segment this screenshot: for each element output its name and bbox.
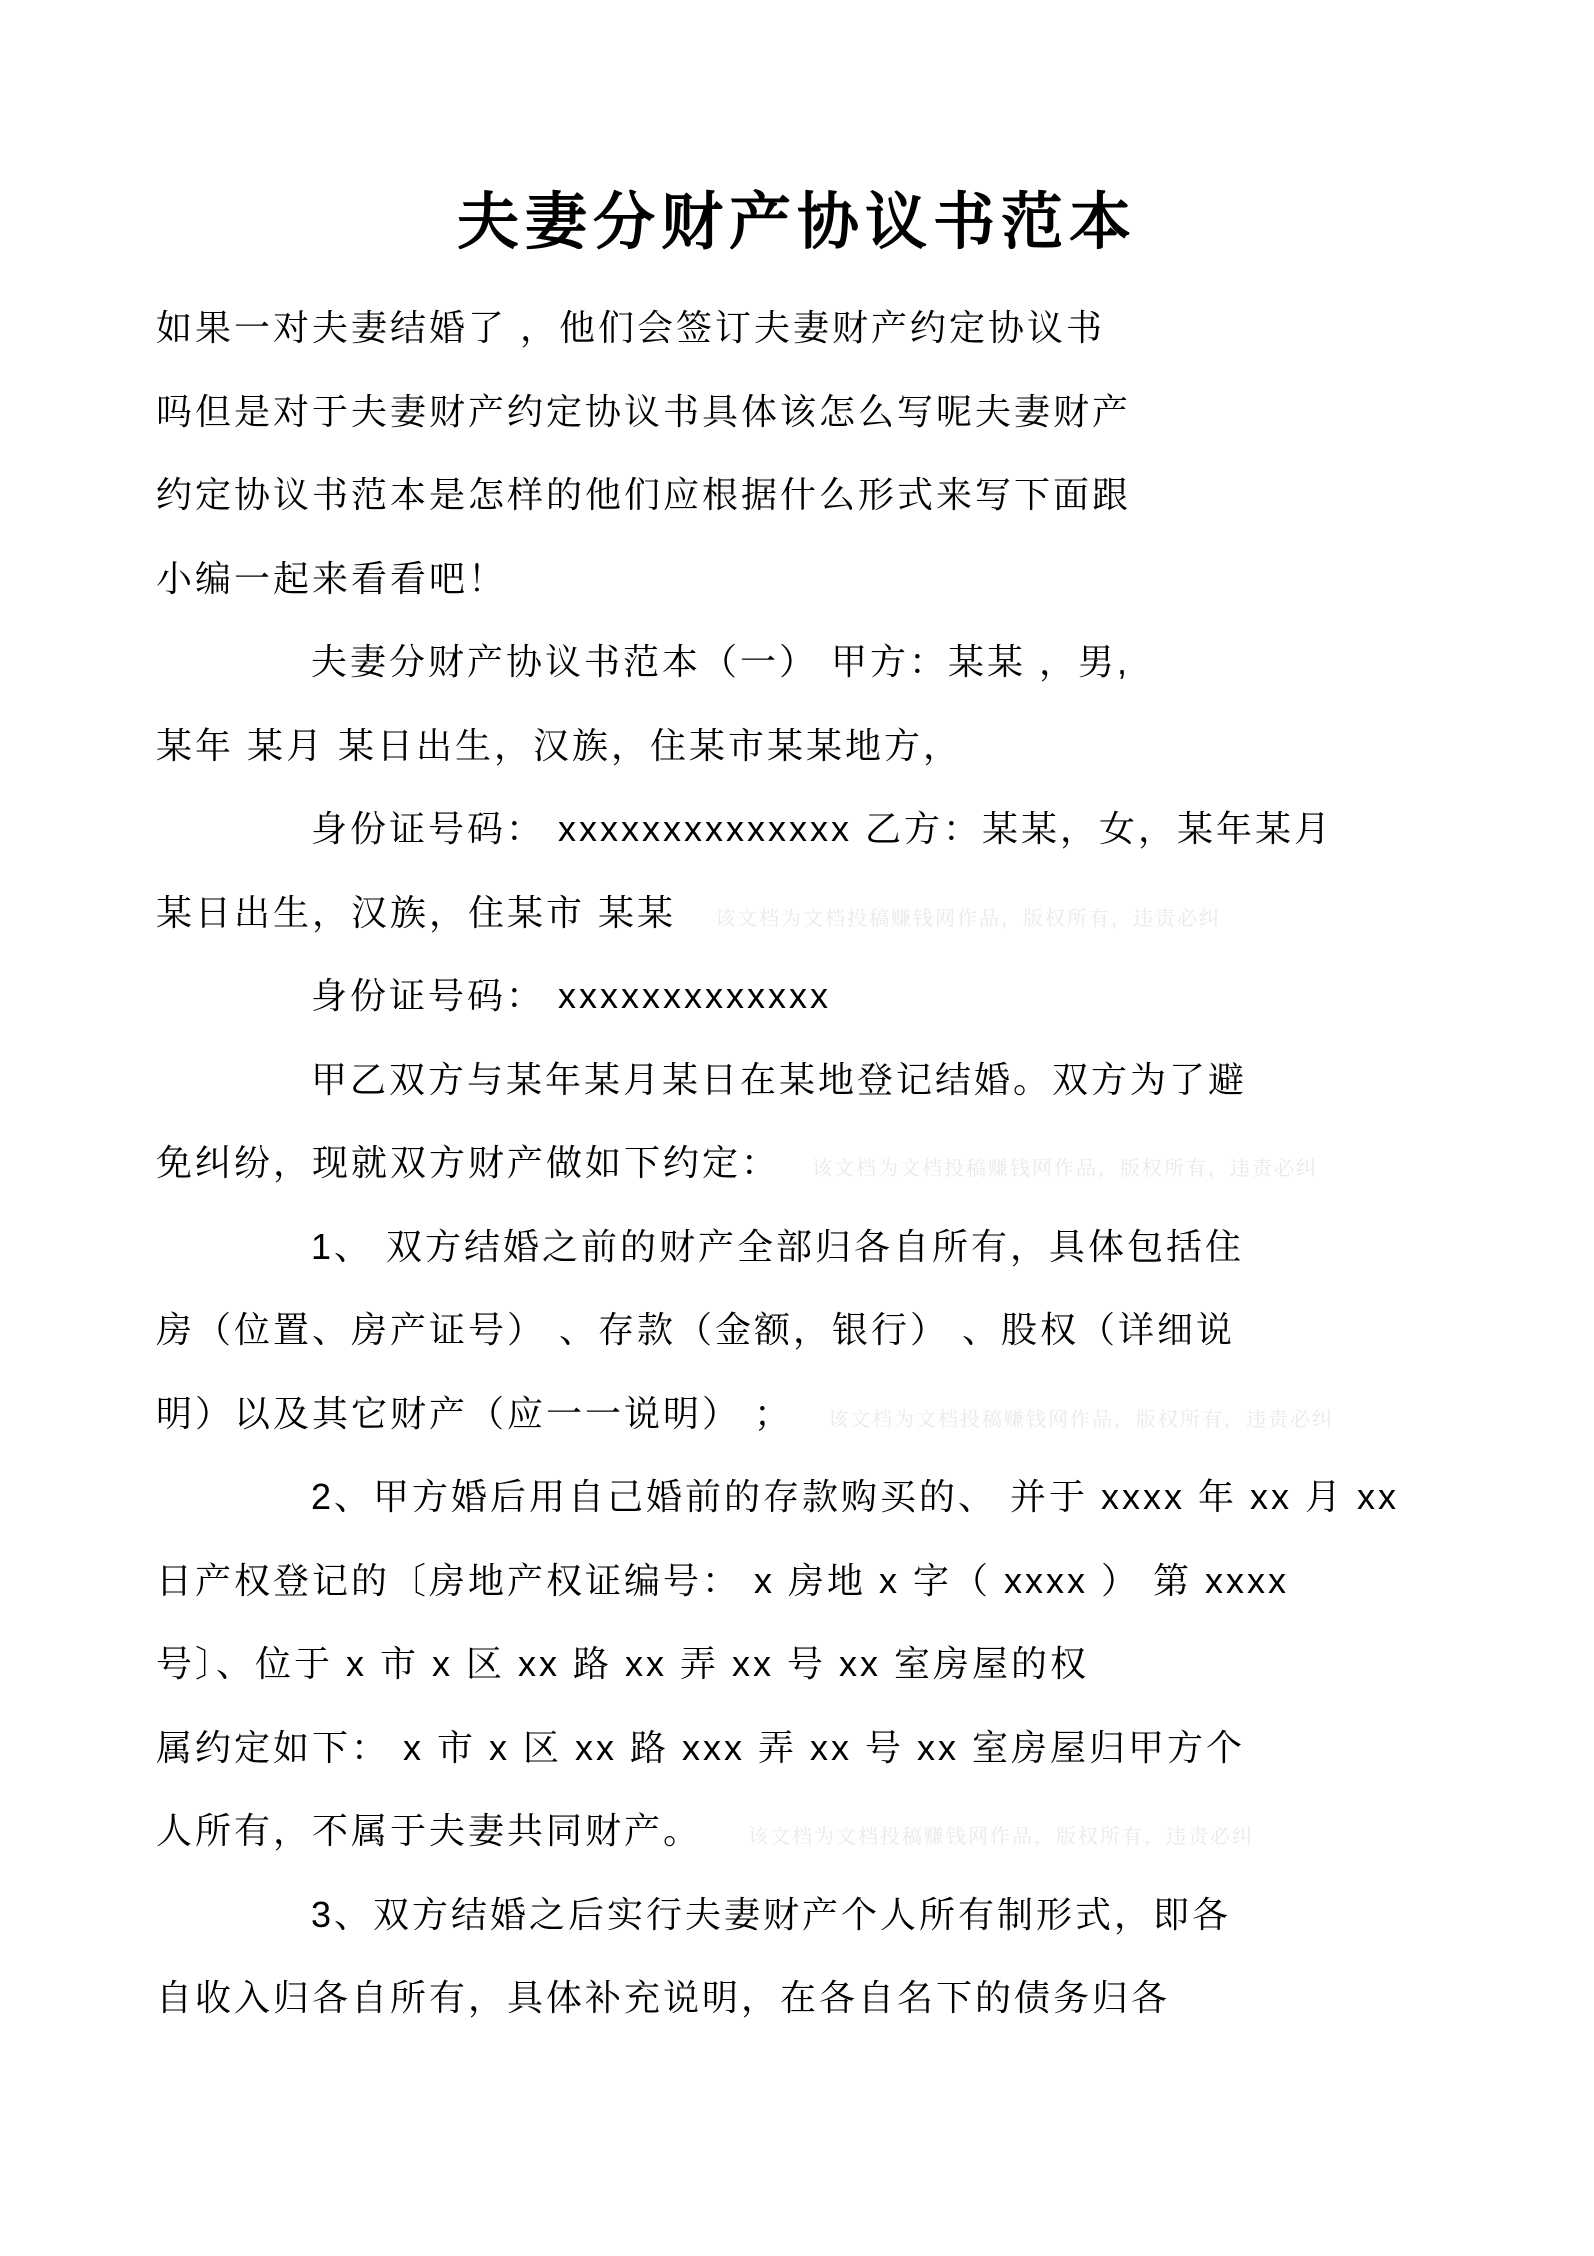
document-line: 身份证号码： xxxxxxxxxxxxx bbox=[156, 954, 1476, 1038]
document-line: 小编一起来看看吧！ bbox=[156, 537, 1476, 621]
document-line: 日产权登记的〔房地产权证编号： x 房地 x 字（ xxxx ） 第 xxxx bbox=[156, 1539, 1476, 1623]
document-line: 3、双方结婚之后实行夫妻财产个人所有制形式，即各 bbox=[156, 1873, 1476, 1957]
document-line: 明）以及其它财产（应一一说明） ； bbox=[156, 1372, 1476, 1456]
document-line: 人所有，不属于夫妻共同财产。 bbox=[156, 1789, 1476, 1873]
document-line: 约定协议书范本是怎样的他们应根据什么形式来写下面跟 bbox=[156, 453, 1476, 537]
document-line: 自收入归各自所有，具体补充说明，在各自名下的债务归各 bbox=[156, 1956, 1476, 2040]
document-line: 身份证号码： xxxxxxxxxxxxxx 乙方：某某，女，某年某月 bbox=[156, 787, 1476, 871]
document-line: 吗但是对于夫妻财产约定协议书具体该怎么写呢夫妻财产 bbox=[156, 370, 1476, 454]
document-title: 夫妻分财产协议书范本 bbox=[0, 172, 1594, 261]
document-line: 如果一对夫妻结婚了 ，他们会签订夫妻财产约定协议书 bbox=[156, 286, 1476, 370]
document-page: 夫妻分财产协议书范本 如果一对夫妻结婚了 ，他们会签订夫妻财产约定协议书吗但是对… bbox=[0, 0, 1594, 2256]
document-line: 号〕、位于 x 市 x 区 xx 路 xx 弄 xx 号 xx 室房屋的权 bbox=[156, 1622, 1476, 1706]
document-line: 免纠纷，现就双方财产做如下约定： bbox=[156, 1121, 1476, 1205]
document-line: 房（位置、房产证号） 、存款（金额，银行） 、股权（详细说 bbox=[156, 1288, 1476, 1372]
document-body: 如果一对夫妻结婚了 ，他们会签订夫妻财产约定协议书吗但是对于夫妻财产约定协议书具… bbox=[156, 286, 1476, 2040]
document-line: 1、 双方结婚之前的财产全部归各自所有，具体包括住 bbox=[156, 1205, 1476, 1289]
document-line: 2、甲方婚后用自己婚前的存款购买的、 并于 xxxx 年 xx 月 xx bbox=[156, 1455, 1476, 1539]
document-line: 夫妻分财产协议书范本（一） 甲方：某某 ，男, bbox=[156, 620, 1476, 704]
document-line: 某日出生，汉族，住某市 某某 bbox=[156, 871, 1476, 955]
document-line: 某年 某月 某日出生，汉族，住某市某某地方， bbox=[156, 704, 1476, 788]
document-line: 甲乙双方与某年某月某日在某地登记结婚。双方为了避 bbox=[156, 1038, 1476, 1122]
document-line: 属约定如下： x 市 x 区 xx 路 xxx 弄 xx 号 xx 室房屋归甲方… bbox=[156, 1706, 1476, 1790]
